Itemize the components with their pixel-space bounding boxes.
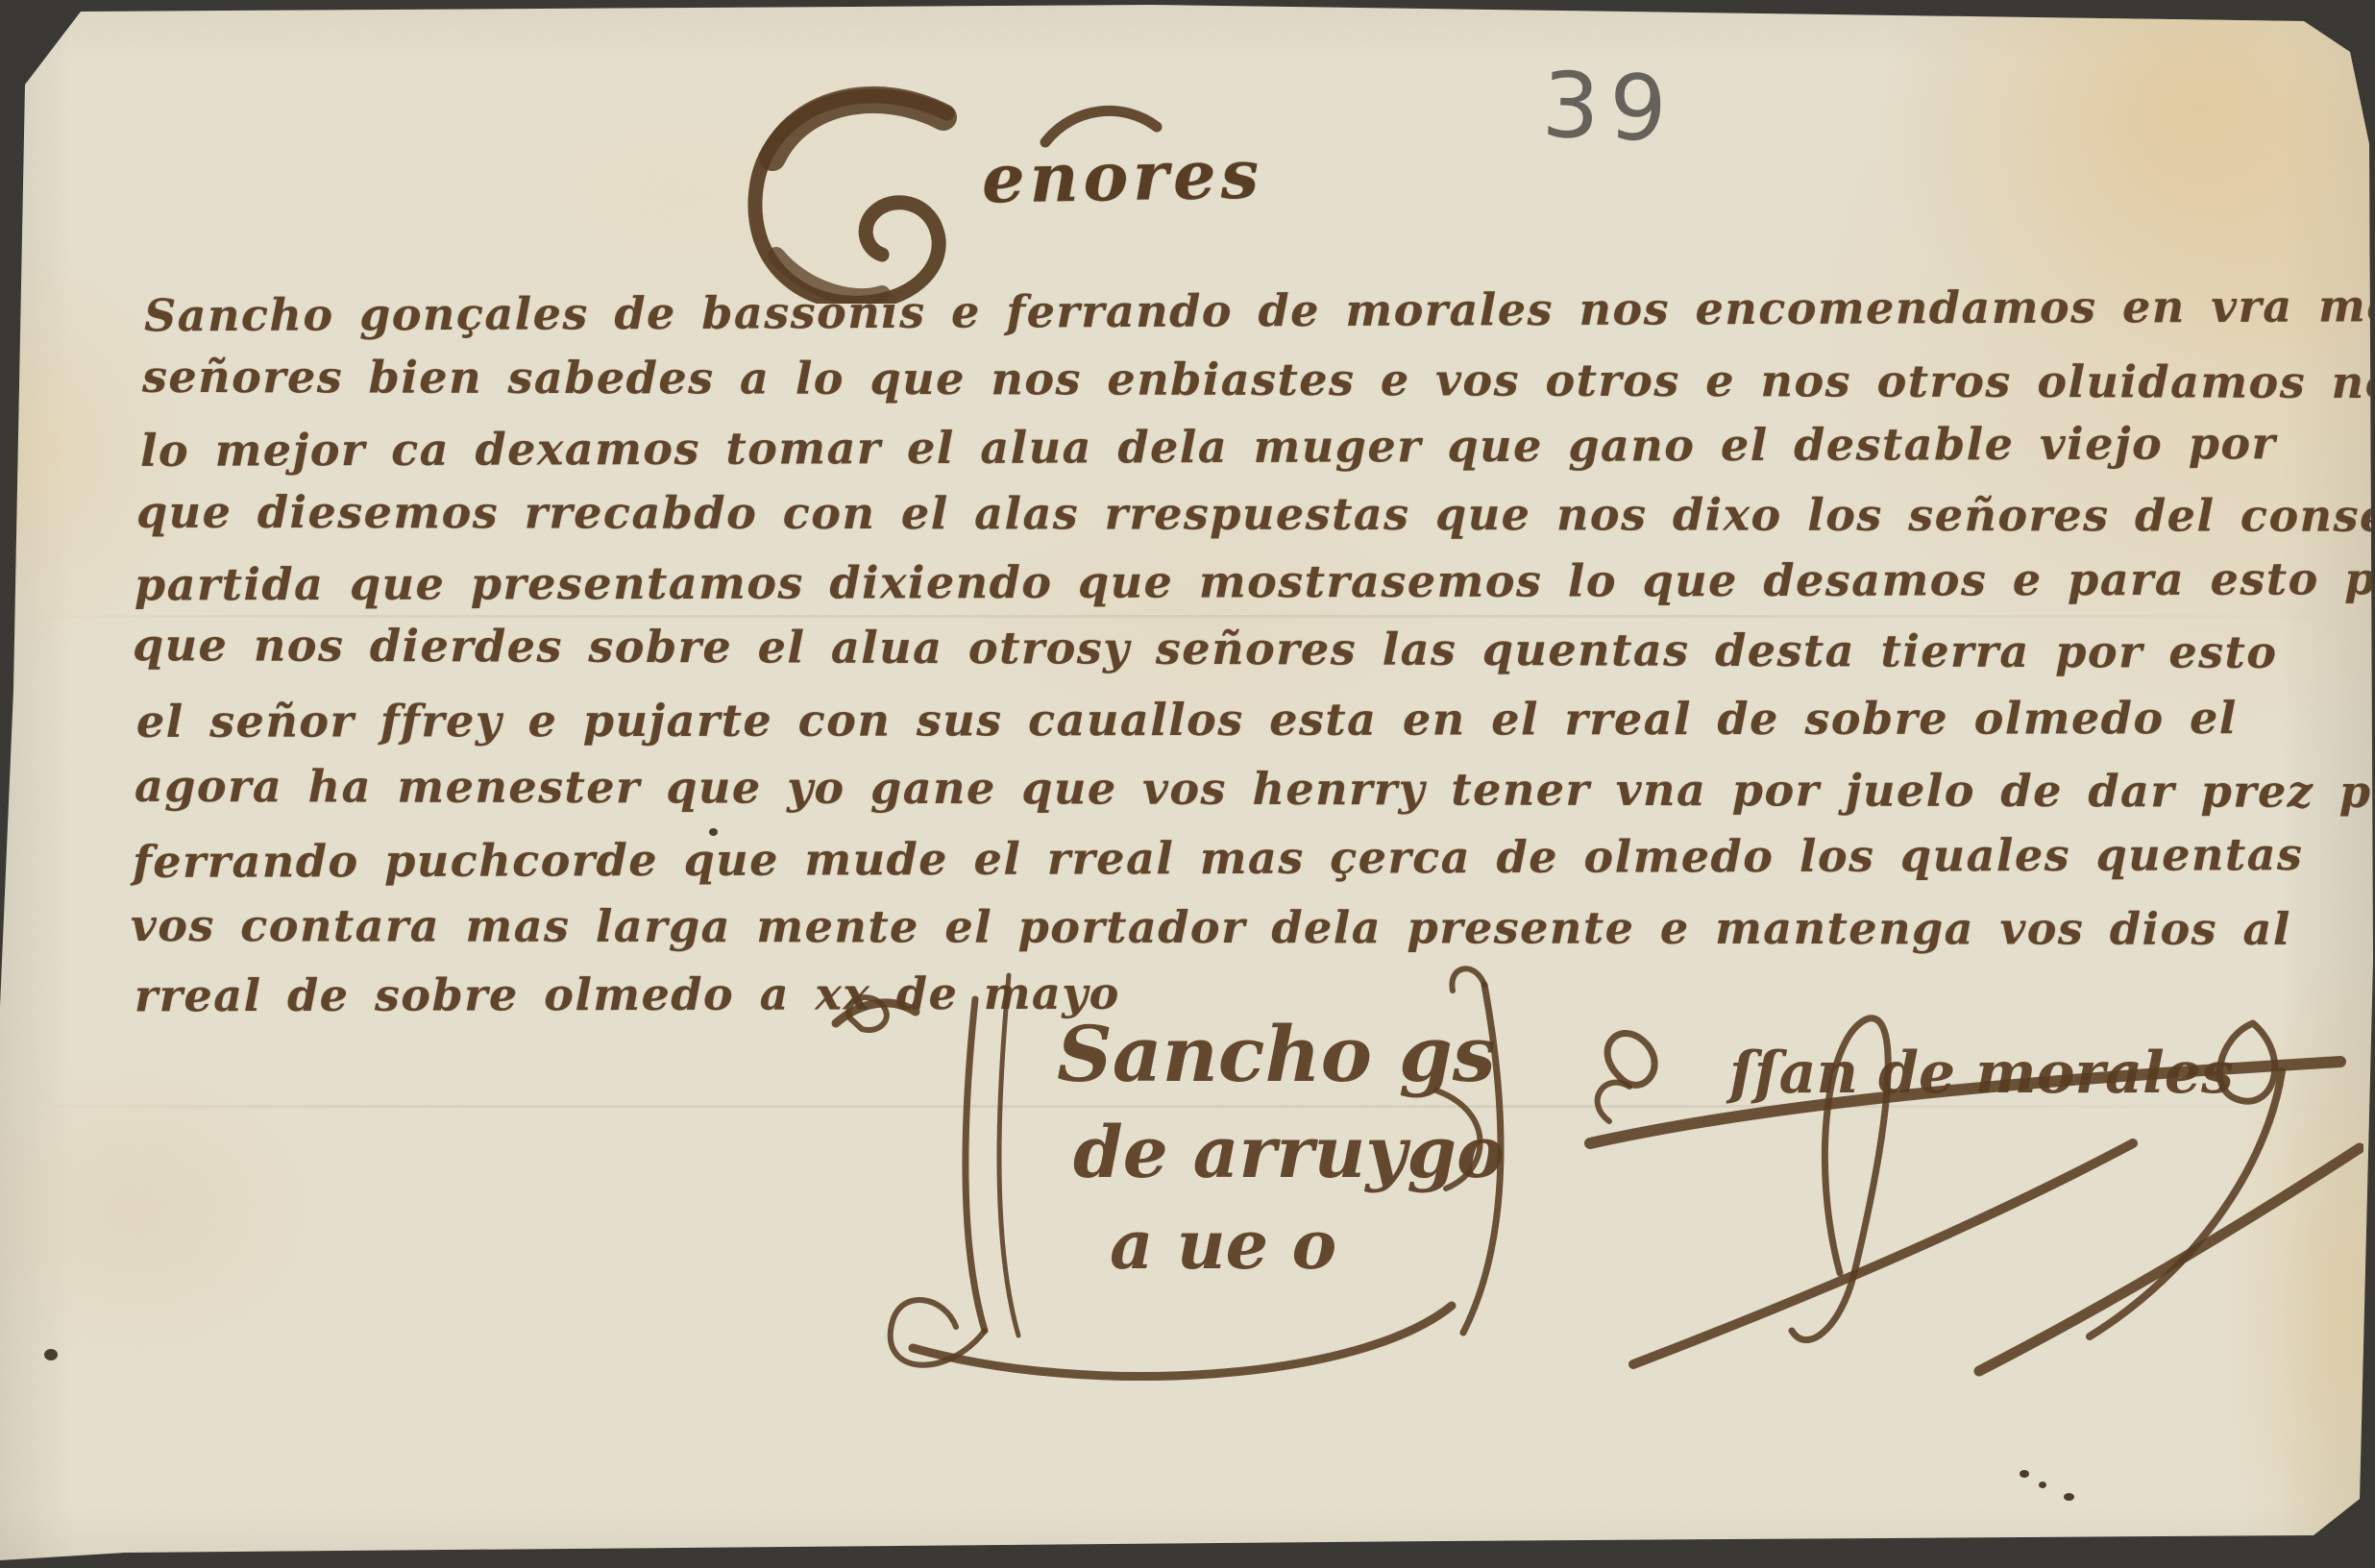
letter-line: que diesemos rrecabdo con el alas rrespu… [136,486,2375,542]
signature-morales: ſſan de morales [1566,966,2363,1379]
letter-line: señores bien sabedes a lo que nos enbias… [142,351,2375,408]
letter-line: el señor ffrey e pujarte con sus cauallo… [136,692,2238,747]
ink-speck [2064,1493,2074,1501]
letter-line: ferrando puchcorde que mude el rreal mas… [133,828,2304,888]
paper-crease [0,615,2375,618]
letter-line: que nos dierdes sobre el alua otrosy señ… [133,619,2278,678]
decorated-initial-s [719,83,997,304]
letter-line: agora ha menester que yo gane que vos he… [135,760,2375,818]
ink-speck [44,1349,58,1360]
ink-speck [2039,1482,2046,1488]
signature-name-text: ſſan de morales [1726,1040,2234,1107]
letter-line: lo mejor ca dexamos tomar el alua dela m… [140,417,2277,477]
manuscript-page: enores 39 Sancho gonçales de bassonis e … [0,0,2375,1568]
ink-speck [2020,1470,2029,1478]
manuscript-scan: enores 39 Sancho gonçales de bassonis e … [0,0,2375,1568]
ink-speck [709,828,718,836]
signature-sancho: Sancho gs de arruygo a ue o [821,946,1580,1398]
signature-name-text: de arruygo [1073,1112,1504,1194]
signature-name-text: a ue o [1110,1205,1336,1285]
signature-name-text: Sancho gs [1057,1009,1496,1099]
letter-line: partida que presentamos dixiendo que mos… [135,552,2375,611]
archival-number: 39 [1540,54,1677,163]
heading-senores: enores [981,134,1263,218]
letter-line: Sancho gonçales de bassonis e ferrando d… [144,280,2375,342]
